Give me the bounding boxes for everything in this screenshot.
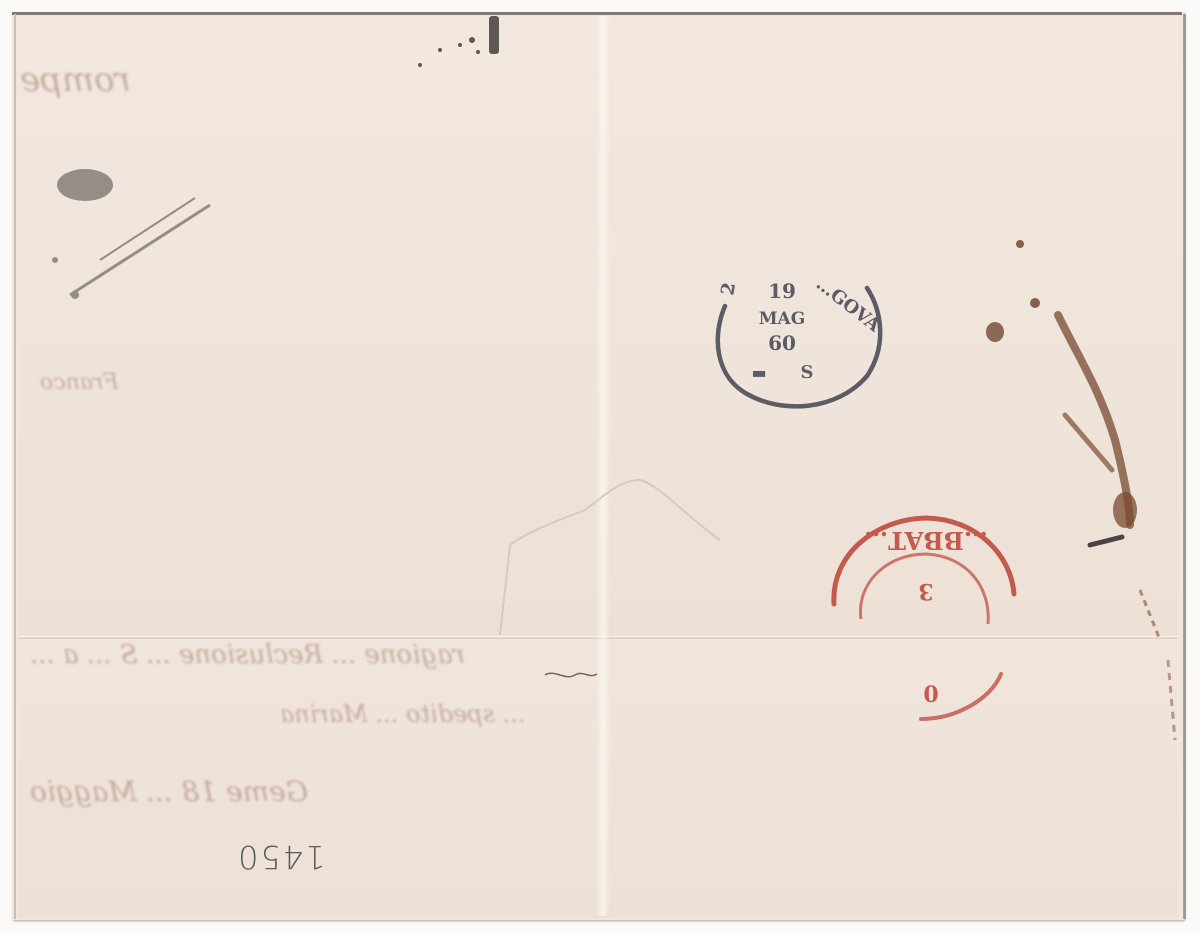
- svg-text:S: S: [801, 362, 814, 383]
- postmark-arrival: …BBAT… 3 0: [826, 514, 1018, 728]
- svg-text:2: 2: [717, 281, 740, 297]
- svg-text:19: 19: [768, 279, 796, 303]
- svg-text:…BBAT…: …BBAT…: [864, 526, 988, 555]
- pencil-inventory-number: 1450: [236, 838, 325, 876]
- svg-text:MAG: MAG: [759, 309, 806, 329]
- svg-text:3: 3: [918, 578, 933, 604]
- ink-smudge-marks: [0, 0, 1200, 932]
- postmark-transit: …GOVA 2 19 MAG 60 ▬ S: [707, 266, 883, 414]
- svg-text:0: 0: [923, 682, 938, 708]
- svg-text:▬: ▬: [751, 363, 766, 382]
- svg-text:…GOVA: …GOVA: [812, 273, 883, 337]
- svg-text:60: 60: [768, 331, 796, 355]
